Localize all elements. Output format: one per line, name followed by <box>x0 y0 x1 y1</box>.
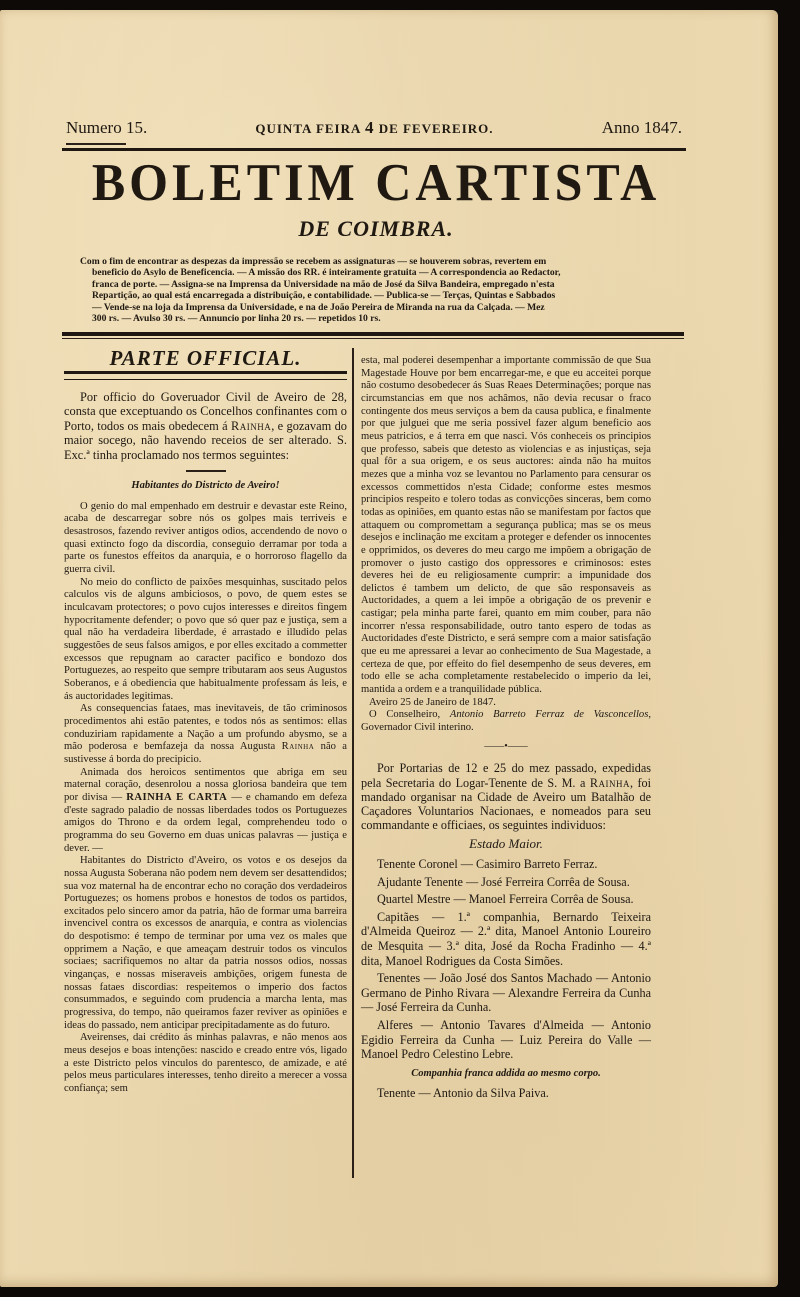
paragraph: Por Portarias de 12 e 25 do mez passado,… <box>361 761 651 832</box>
newspaper-page: Numero 15. QUINTA FEIRA 4 DE FEVEREIRO. … <box>0 10 778 1287</box>
left-column: PARTE OFFICIAL. Por officio do Goveruado… <box>64 350 347 1096</box>
officer-entry: Tenente Coronel — Casimiro Barreto Ferra… <box>361 857 651 872</box>
masthead-info-line: Numero 15. QUINTA FEIRA 4 DE FEVEREIRO. … <box>66 118 682 138</box>
issue-number: Numero 15. <box>66 118 147 138</box>
masthead-rule <box>62 148 686 151</box>
signature: O Conselheiro, Antonio Barreto Ferraz de… <box>361 709 651 734</box>
issue-year: Anno 1847. <box>602 118 682 138</box>
paragraph: O genio do mal empenhado em destruir e d… <box>64 501 347 577</box>
masthead-rule-left <box>66 143 126 145</box>
header-divider-rule-thin <box>62 338 684 339</box>
officer-entry: Quartel Mestre — Manoel Ferreira Corrêa … <box>361 892 651 907</box>
ornament-divider: ——•—— <box>361 741 651 754</box>
lead-paragraph: Por officio do Goveruador Civil de Aveir… <box>64 390 347 463</box>
dateline: Aveiro 25 de Janeiro de 1847. <box>361 697 651 710</box>
subscription-notice: Com o fim de encontrar as despezas da im… <box>80 256 640 324</box>
officer-entry: Tenentes — João José dos Santos Machado … <box>361 971 651 1015</box>
right-column: esta, mal poderei desempenhar a importan… <box>361 355 651 1104</box>
paragraph: Animada dos heroicos sentimentos que abr… <box>64 767 347 856</box>
paragraph: Aveirenses, dai crédito ás minhas palavr… <box>64 1032 347 1095</box>
short-divider <box>186 470 226 472</box>
officer-entry: Tenente — Antonio da Silva Paiva. <box>361 1086 651 1101</box>
paragraph: Habitantes do Districto d'Aveiro, os vot… <box>64 855 347 1032</box>
newspaper-title: BOLETIM CARTISTA <box>66 154 686 211</box>
paragraph: esta, mal poderei desempenhar a importan… <box>361 355 651 697</box>
paragraph: No meio do conflicto de paixões mesquinh… <box>64 577 347 704</box>
issue-date: QUINTA FEIRA 4 DE FEVEREIRO. <box>255 118 493 138</box>
paragraph: As consequencias fataes, mas inevitaveis… <box>64 703 347 766</box>
proclamation-heading: Habitantes do Districto de Aveiro! <box>64 480 347 493</box>
officer-entry: Capitães — 1.ª companhia, Bernardo Teixe… <box>361 910 651 968</box>
company-heading: Companhia franca addida ao mesmo corpo. <box>361 1068 651 1081</box>
staff-heading: Estado Maior. <box>361 838 651 851</box>
header-divider-rule <box>62 332 684 336</box>
officer-entry: Alferes — Antonio Tavares d'Almeida — An… <box>361 1018 651 1062</box>
officer-entry: Ajudante Tenente — José Ferreira Corrêa … <box>361 875 651 890</box>
column-divider <box>352 348 354 1178</box>
newspaper-subtitle: DE COIMBRA. <box>66 216 686 242</box>
section-rule <box>64 371 347 380</box>
section-title-parte-official: PARTE OFFICIAL. <box>64 352 347 365</box>
